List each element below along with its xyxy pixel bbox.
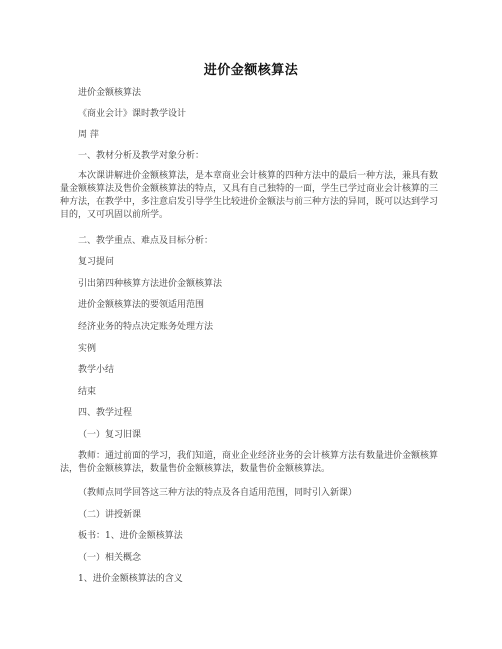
- section-heading-1: 一、教材分析及教学对象分析：: [78, 150, 204, 162]
- outline-item-scope: 进价金额核算法的要领适用范围: [78, 299, 204, 311]
- course-design-line: 《商业会计》课时教学设计: [78, 108, 186, 120]
- outline-item-end: 结束: [78, 386, 96, 398]
- outline-item-processing: 经济业务的特点决定账务处理方法: [78, 321, 213, 333]
- outline-item-review: 复习提问: [78, 256, 114, 268]
- analysis-paragraph: 本次课讲解进价金额核算法，是本章商业会计核算的四种方法中的最后一种方法，兼具有数…: [60, 170, 438, 222]
- concept-definition-line: 1、进价金额核算法的含义: [78, 573, 183, 585]
- teacher-paragraph: 教师：通过前面的学习，我们知道，商业企业经济业务的会计核算方法有数量进价金额核算…: [60, 450, 438, 476]
- outline-item-example: 实例: [78, 343, 96, 355]
- document-page: 进价金额核算法 进价金额核算法 《商业会计》课时教学设计 周 萍 一、教材分析及…: [0, 0, 502, 649]
- blackboard-line: 板书：1、进价金额核算法: [78, 530, 183, 542]
- teacher-note-line: （教师点同学回答这三种方法的特点及各自适用范围，同时引入新课）: [78, 487, 357, 499]
- outline-item-summary: 教学小结: [78, 364, 114, 376]
- outline-item-introduce: 引出第四种核算方法进价金额核算法: [78, 278, 222, 290]
- subsection-review: （一）复习旧课: [78, 429, 141, 441]
- subtitle-line: 进价金额核算法: [78, 87, 141, 99]
- section-heading-4: 四、教学过程: [78, 407, 132, 419]
- document-title: 进价金额核算法: [0, 59, 502, 78]
- section-heading-2: 二、教学重点、难点及目标分析：: [78, 235, 213, 247]
- subsection-concepts: （一）相关概念: [78, 552, 141, 564]
- subsection-new-lesson: （二）讲授新课: [78, 509, 141, 521]
- author-line: 周 萍: [78, 129, 99, 141]
